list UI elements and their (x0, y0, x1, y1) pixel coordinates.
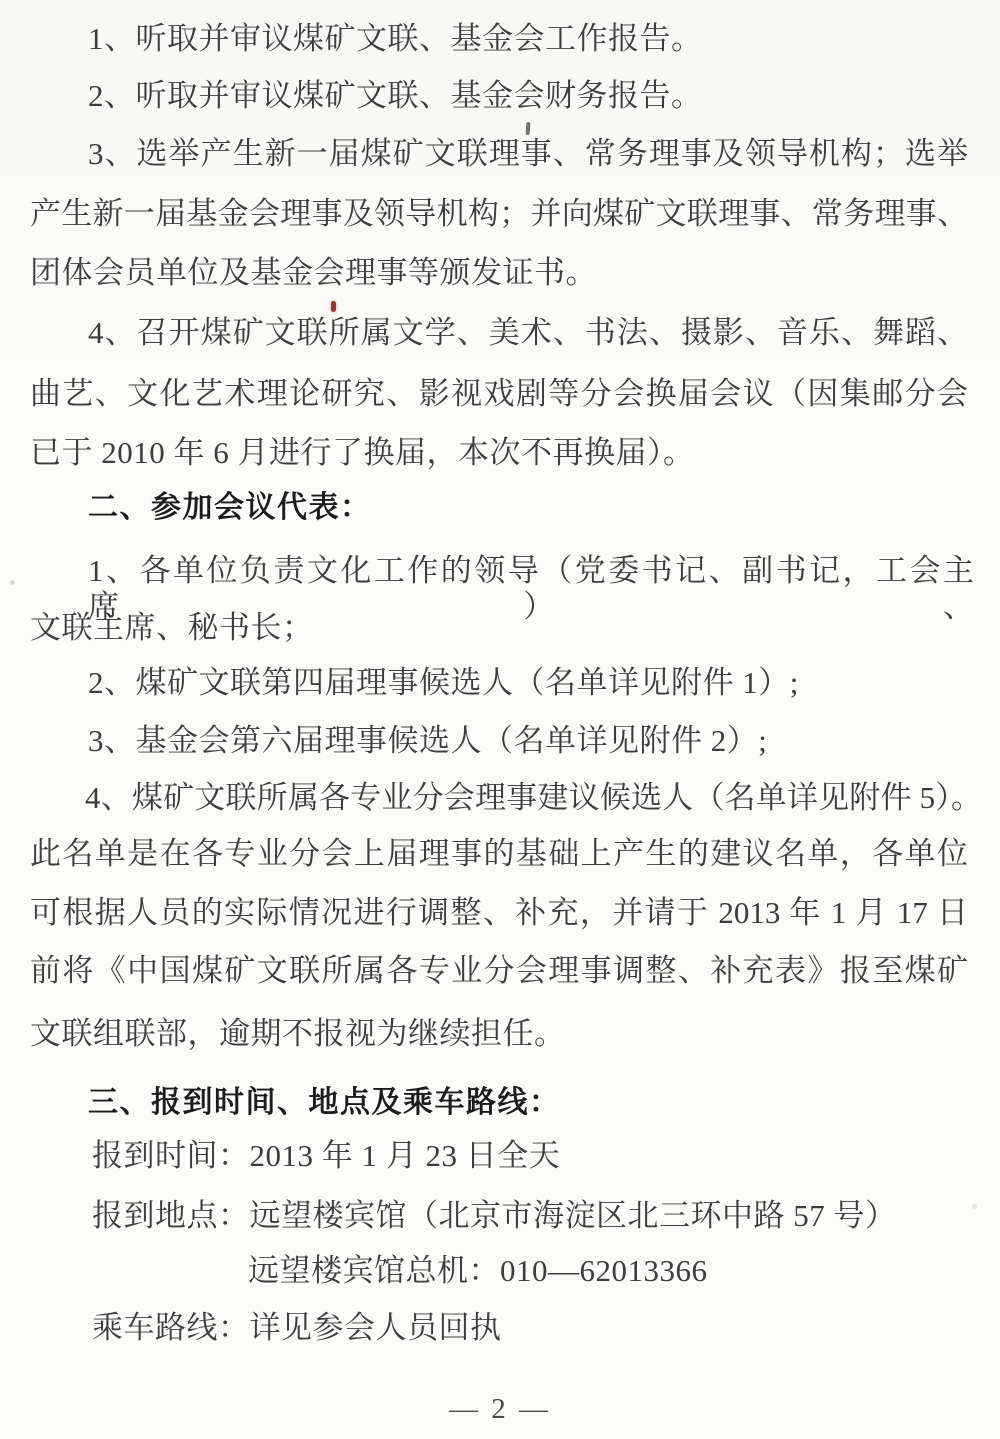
agenda-item-1: 1、听取并审议煤矿文联、基金会工作报告。 (88, 21, 703, 57)
hotel-phone: 远望楼宾馆总机：010—62013366 (248, 1253, 708, 1289)
scan-artifact-gray-tick (526, 122, 531, 135)
delegates-item-1-cont: 文联主席、秘书长； (30, 610, 314, 646)
delegates-item-4-cont2: 可根据人员的实际情况进行调整、补充，并请于 2013 年 1 月 17 日 (30, 895, 968, 931)
page-number: — 2 — (0, 1393, 1000, 1426)
delegates-item-4-cont3: 前将《中国煤矿文联所属各专业分会理事调整、补充表》报至煤矿 (30, 953, 968, 989)
delegates-item-3: 3、基金会第六届理事候选人（名单详见附件 2）; (88, 723, 767, 759)
agenda-item-3: 3、选举产生新一届煤矿文联理事、常务理事及领导机构；选举 (88, 136, 968, 172)
document-page: 1、听取并审议煤矿文联、基金会工作报告。 2、听取并审议煤矿文联、基金会财务报告… (0, 0, 1000, 1439)
registration-place: 报到地点：远望楼宾馆（北京市海淀区北三环中路 57 号） (92, 1198, 897, 1234)
registration-time: 报到时间：2013 年 1 月 23 日全天 (92, 1138, 560, 1174)
agenda-item-3-cont: 产生新一届基金会理事及领导机构；并向煤矿文联理事、常务理事、 (30, 196, 968, 232)
bus-route: 乘车路线：详见参会人员回执 (92, 1310, 502, 1346)
agenda-item-3-cont2: 团体会员单位及基金会理事等颁发证书。 (30, 255, 597, 291)
section-heading-2: 二、参加会议代表： (88, 490, 372, 526)
delegates-item-4-cont: 此名单是在各专业分会上届理事的基础上产生的建议名单，各单位 (30, 836, 968, 872)
delegates-item-4: 4、煤矿文联所属各专业分会理事建议候选人（名单详见附件 5）。 (85, 780, 982, 816)
agenda-item-4-cont: 曲艺、文化艺术理论研究、影视戏剧等分会换届会议（因集邮分会 (30, 376, 968, 412)
delegates-item-2: 2、煤矿文联第四届理事候选人（名单详见附件 1）; (88, 665, 799, 701)
scan-artifact-speck (972, 1204, 977, 1209)
section-heading-3: 三、报到时间、地点及乘车路线： (88, 1085, 561, 1121)
agenda-item-4: 4、召开煤矿文联所属文学、美术、书法、摄影、音乐、舞蹈、 (88, 315, 968, 351)
agenda-item-4-cont2: 已于 2010 年 6 月进行了换届，本次不再换届）。 (30, 435, 695, 471)
scan-artifact-speck (10, 580, 15, 585)
scan-artifact-red-tick (331, 301, 336, 312)
delegates-item-4-cont4: 文联组联部，逾期不报视为继续担任。 (30, 1016, 566, 1052)
agenda-item-2: 2、听取并审议煤矿文联、基金会财务报告。 (88, 78, 703, 114)
